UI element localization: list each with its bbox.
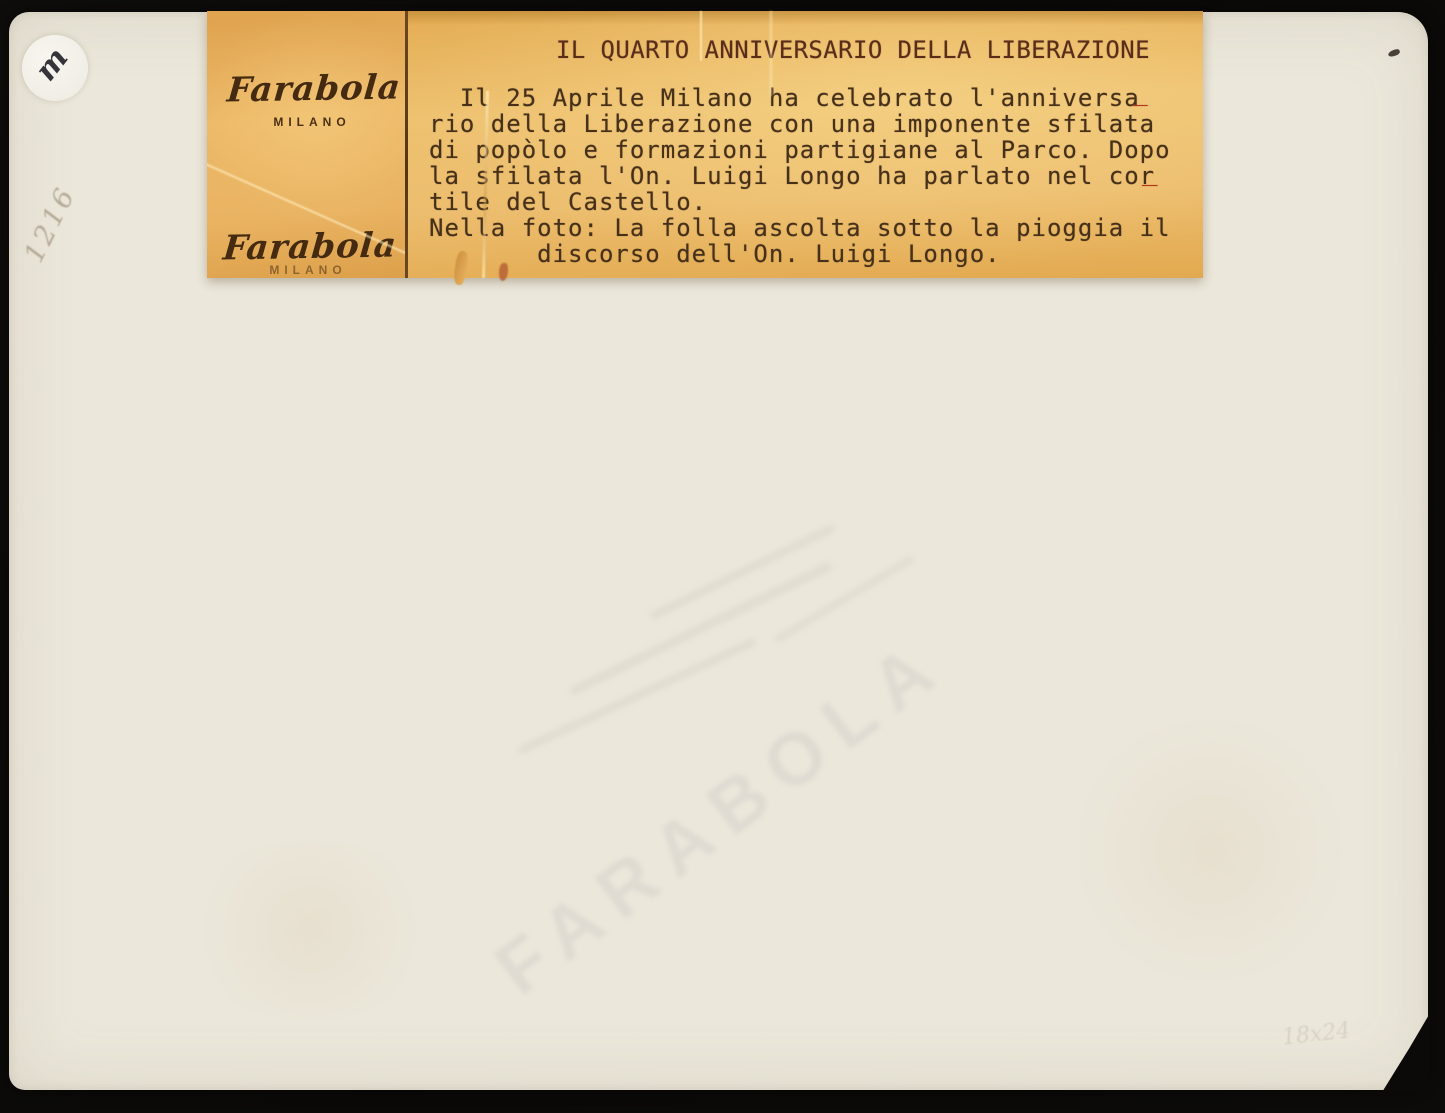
red-continuation-mark-1: _ — [1132, 79, 1148, 105]
caption-body-text: Il 25 Aprile Milano ha celebrato l'anniv… — [429, 85, 1171, 267]
red-continuation-mark-2: _ — [1142, 159, 1158, 185]
paper-stain — [180, 840, 440, 1020]
archive-sticker: m — [22, 35, 88, 101]
caption-label: Farabola MILANO Farabola MILANO IL QUART… — [207, 11, 1203, 278]
scanned-photo-back: FARABOLA m 1216 18x24 Farabola MILANO Fa… — [0, 0, 1445, 1113]
sticker-handwritten-mark: m — [28, 41, 75, 88]
agency-strip: Farabola MILANO Farabola MILANO — [207, 11, 405, 278]
paper-stain — [1060, 720, 1360, 980]
milano-label-top: MILANO — [213, 115, 405, 129]
farabola-logo-top: Farabola — [213, 67, 405, 111]
caption-title: IL QUARTO ANNIVERSARIO DELLA LIBERAZIONE — [556, 36, 1150, 64]
label-divider-line — [405, 11, 408, 278]
milano-label-bottom: MILANO — [209, 263, 405, 277]
